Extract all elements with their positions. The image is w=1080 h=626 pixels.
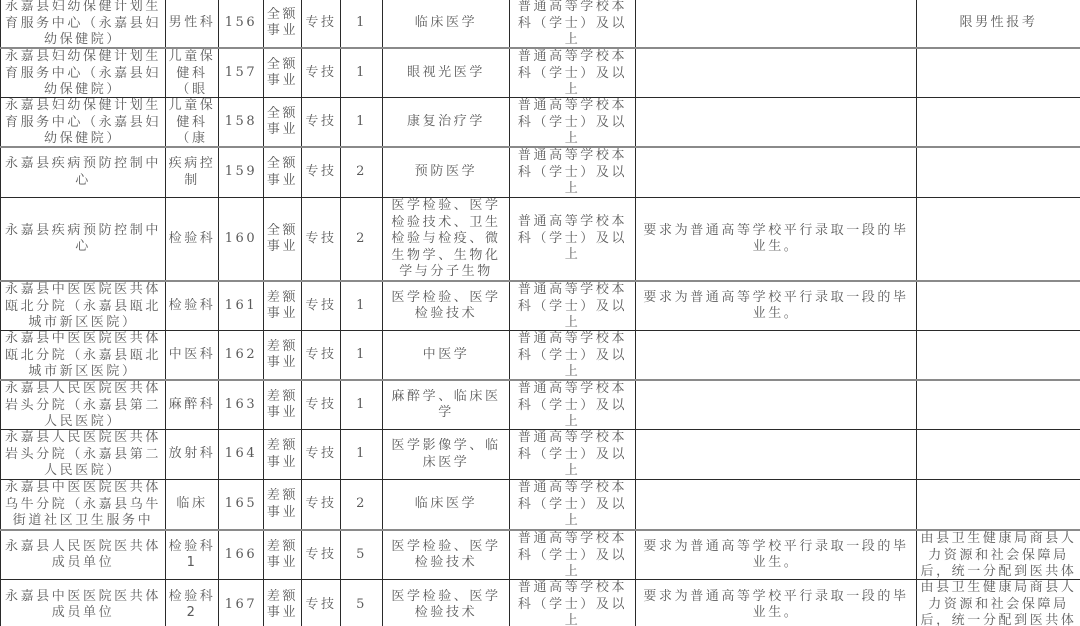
count-text: 1	[343, 347, 380, 364]
code-text: 165	[221, 496, 261, 513]
requirement-cell: 要求为普通高等学校平行录取一段的毕业生。	[636, 580, 917, 626]
funding-cell: 差额事业	[264, 530, 302, 580]
major-cell: 预防医学	[383, 147, 510, 198]
unit-cell: 永嘉县妇幼保健计划生育服务中心（永嘉县妇幼保健院）	[1, 98, 166, 148]
education-text: 普通高等学校本科（学士）及以上	[512, 214, 633, 264]
table-row: 永嘉县中医医院医共体乌牛分院（永嘉县乌牛街道社区卫生服务中临床165差额事业专技…	[1, 480, 1080, 531]
requirement-text: 要求为普通高等学校平行录取一段的毕业生。	[638, 223, 914, 256]
count-cell: 1	[341, 98, 383, 148]
unit-cell: 永嘉县妇幼保健计划生育服务中心（永嘉县妇幼保健院）	[1, 48, 166, 98]
funding-cell: 全额事业	[264, 147, 302, 198]
post-text: 检验科2	[168, 589, 216, 622]
table-row: 永嘉县中医医院医共体瓯北分院（永嘉县瓯北城市新区医院）检验科161差额事业专技1…	[1, 281, 1080, 331]
code-cell: 158	[219, 98, 264, 148]
count-text: 5	[343, 597, 380, 614]
count-cell: 5	[341, 530, 383, 580]
major-cell: 医学检验、医学检验技术	[383, 530, 510, 580]
funding-text: 全额事业	[266, 156, 299, 189]
note-cell	[917, 331, 1080, 381]
education-cell: 普通高等学校本科（学士）及以上	[510, 48, 636, 98]
funding-text: 差额事业	[266, 339, 299, 372]
requirement-cell	[636, 480, 917, 531]
code-text: 160	[221, 231, 261, 248]
post-cell: 儿童保健科（康	[166, 98, 219, 148]
table-row: 永嘉县妇幼保健计划生育服务中心（永嘉县妇幼保健院）男性科156全额事业专技1临床…	[1, 0, 1080, 48]
count-text: 1	[343, 114, 380, 131]
major-cell: 医学检验、医学检验技术	[383, 281, 510, 331]
type-text: 专技	[304, 65, 338, 82]
unit-cell: 永嘉县中医医院医共体瓯北分院（永嘉县瓯北城市新区医院）	[1, 281, 166, 331]
funding-cell: 差额事业	[264, 480, 302, 531]
unit-text: 永嘉县疾病预防控制中心	[3, 156, 163, 189]
unit-text: 永嘉县中医医院医共体瓯北分院（永嘉县瓯北城市新区医院）	[3, 282, 163, 330]
code-text: 163	[221, 397, 261, 414]
note-cell	[917, 480, 1080, 531]
note-cell: 由县卫生健康局商县人力资源和社会保障局后，统一分配到医共体	[917, 530, 1080, 580]
type-cell: 专技	[302, 0, 341, 48]
type-text: 专技	[304, 496, 338, 513]
funding-cell: 差额事业	[264, 580, 302, 626]
table-row: 永嘉县人民医院医共体成员单位检验科1166差额事业专技5医学检验、医学检验技术普…	[1, 530, 1080, 580]
table-row: 永嘉县人民医院医共体岩头分院（永嘉县第二人民医院）放射科164差额事业专技1医学…	[1, 430, 1080, 480]
note-cell	[917, 281, 1080, 331]
major-text: 临床医学	[385, 496, 507, 513]
count-text: 1	[343, 15, 380, 32]
post-cell: 儿童保健科（眼	[166, 48, 219, 98]
unit-cell: 永嘉县疾病预防控制中心	[1, 198, 166, 282]
code-cell: 161	[219, 281, 264, 331]
unit-text: 永嘉县人民医院医共体岩头分院（永嘉县第二人民医院）	[3, 430, 163, 479]
code-text: 159	[221, 164, 261, 181]
education-cell: 普通高等学校本科（学士）及以上	[510, 430, 636, 480]
type-cell: 专技	[302, 480, 341, 531]
major-text: 临床医学	[385, 15, 507, 32]
type-cell: 专技	[302, 281, 341, 331]
count-text: 1	[343, 65, 380, 82]
education-cell: 普通高等学校本科（学士）及以上	[510, 98, 636, 148]
type-cell: 专技	[302, 48, 341, 98]
note-cell	[917, 430, 1080, 480]
type-cell: 专技	[302, 530, 341, 580]
type-text: 专技	[304, 597, 338, 614]
post-cell: 男性科	[166, 0, 219, 48]
funding-cell: 全额事业	[264, 0, 302, 48]
major-text: 康复治疗学	[385, 114, 507, 131]
type-cell: 专技	[302, 580, 341, 626]
major-cell: 中医学	[383, 331, 510, 381]
funding-cell: 差额事业	[264, 281, 302, 331]
major-text: 医学影像学、临床医学	[385, 438, 507, 471]
type-cell: 专技	[302, 430, 341, 480]
major-cell: 医学影像学、临床医学	[383, 430, 510, 480]
note-cell	[917, 147, 1080, 198]
unit-cell: 永嘉县中医医院医共体乌牛分院（永嘉县乌牛街道社区卫生服务中	[1, 480, 166, 531]
note-cell	[917, 198, 1080, 282]
note-cell	[917, 48, 1080, 98]
funding-text: 差额事业	[266, 438, 299, 471]
unit-text: 永嘉县中医医院医共体成员单位	[3, 589, 163, 622]
type-cell: 专技	[302, 380, 341, 430]
funding-cell: 差额事业	[264, 331, 302, 381]
count-text: 1	[343, 397, 380, 414]
table-row: 永嘉县妇幼保健计划生育服务中心（永嘉县妇幼保健院）儿童保健科（康158全额事业专…	[1, 98, 1080, 148]
code-cell: 156	[219, 0, 264, 48]
funding-text: 差额事业	[266, 589, 299, 622]
education-text: 普通高等学校本科（学士）及以上	[512, 0, 633, 47]
major-text: 医学检验、医学检验技术	[385, 290, 507, 323]
post-text: 检验科	[168, 231, 216, 248]
code-text: 164	[221, 446, 261, 463]
code-cell: 159	[219, 147, 264, 198]
unit-text: 永嘉县妇幼保健计划生育服务中心（永嘉县妇幼保健院）	[3, 0, 163, 47]
table-row: 永嘉县中医医院医共体瓯北分院（永嘉县瓯北城市新区医院）中医科162差额事业专技1…	[1, 331, 1080, 381]
unit-cell: 永嘉县妇幼保健计划生育服务中心（永嘉县妇幼保健院）	[1, 0, 166, 48]
unit-text: 永嘉县人民医院医共体成员单位	[3, 539, 163, 572]
count-text: 2	[343, 496, 380, 513]
note-text: 由县卫生健康局商县人力资源和社会保障局后，统一分配到医共体	[919, 531, 1078, 579]
unit-text: 永嘉县疾病预防控制中心	[3, 223, 163, 256]
code-cell: 157	[219, 48, 264, 98]
funding-cell: 全额事业	[264, 98, 302, 148]
post-text: 麻醉科	[168, 397, 216, 414]
type-text: 专技	[304, 164, 338, 181]
requirement-cell	[636, 0, 917, 48]
requirement-text: 要求为普通高等学校平行录取一段的毕业生。	[638, 539, 914, 572]
education-text: 普通高等学校本科（学士）及以上	[512, 531, 633, 579]
post-cell: 检验科2	[166, 580, 219, 626]
post-cell: 检验科	[166, 198, 219, 282]
major-text: 预防医学	[385, 164, 507, 181]
type-text: 专技	[304, 15, 338, 32]
type-text: 专技	[304, 114, 338, 131]
major-cell: 临床医学	[383, 480, 510, 531]
unit-text: 永嘉县中医医院医共体乌牛分院（永嘉县乌牛街道社区卫生服务中	[3, 480, 163, 529]
education-text: 普通高等学校本科（学士）及以上	[512, 381, 633, 429]
funding-text: 差额事业	[266, 389, 299, 422]
code-cell: 165	[219, 480, 264, 531]
funding-cell: 全额事业	[264, 198, 302, 282]
note-text: 由县卫生健康局商县人力资源和社会保障局后，统一分配到医共体	[919, 580, 1078, 626]
type-text: 专技	[304, 298, 338, 315]
education-cell: 普通高等学校本科（学士）及以上	[510, 198, 636, 282]
post-cell: 检验科1	[166, 530, 219, 580]
post-cell: 疾病控制	[166, 147, 219, 198]
count-cell: 2	[341, 480, 383, 531]
funding-cell: 差额事业	[264, 430, 302, 480]
major-cell: 眼视光医学	[383, 48, 510, 98]
post-cell: 麻醉科	[166, 380, 219, 430]
type-text: 专技	[304, 446, 338, 463]
code-text: 166	[221, 547, 261, 564]
funding-text: 全额事业	[266, 106, 299, 139]
post-cell: 中医科	[166, 331, 219, 381]
count-text: 5	[343, 547, 380, 564]
major-cell: 康复治疗学	[383, 98, 510, 148]
education-cell: 普通高等学校本科（学士）及以上	[510, 580, 636, 626]
code-text: 161	[221, 298, 261, 315]
code-text: 158	[221, 114, 261, 131]
education-text: 普通高等学校本科（学士）及以上	[512, 480, 633, 529]
note-cell	[917, 380, 1080, 430]
post-text: 检验科1	[168, 539, 216, 572]
table-row: 永嘉县中医医院医共体成员单位检验科2167差额事业专技5医学检验、医学检验技术普…	[1, 580, 1080, 626]
education-text: 普通高等学校本科（学士）及以上	[512, 49, 633, 97]
major-text: 中医学	[385, 347, 507, 364]
count-cell: 1	[341, 380, 383, 430]
post-text: 检验科	[168, 298, 216, 315]
code-cell: 167	[219, 580, 264, 626]
requirement-cell: 要求为普通高等学校平行录取一段的毕业生。	[636, 530, 917, 580]
post-text: 放射科	[168, 446, 216, 463]
post-text: 儿童保健科（康	[168, 98, 216, 146]
requirement-cell: 要求为普通高等学校平行录取一段的毕业生。	[636, 198, 917, 282]
count-text: 2	[343, 231, 380, 248]
type-cell: 专技	[302, 147, 341, 198]
post-text: 临床	[168, 496, 216, 513]
major-text: 医学检验、医学检验技术	[385, 539, 507, 572]
count-cell: 1	[341, 48, 383, 98]
major-text: 眼视光医学	[385, 65, 507, 82]
table-row: 永嘉县疾病预防控制中心检验科160全额事业专技2医学检验、医学检验技术、卫生检验…	[1, 198, 1080, 282]
major-text: 医学检验、医学检验技术、卫生检验与检疫、微生物学、生物化学与分子生物学、病原生物	[385, 198, 507, 280]
count-cell: 1	[341, 430, 383, 480]
education-text: 普通高等学校本科（学士）及以上	[512, 430, 633, 479]
type-text: 专技	[304, 231, 338, 248]
post-cell: 放射科	[166, 430, 219, 480]
education-cell: 普通高等学校本科（学士）及以上	[510, 480, 636, 531]
major-text: 麻醉学、临床医学	[385, 389, 507, 422]
table-row: 永嘉县人民医院医共体岩头分院（永嘉县第二人民医院）麻醉科163差额事业专技1麻醉…	[1, 380, 1080, 430]
requirement-cell	[636, 48, 917, 98]
major-cell: 医学检验、医学检验技术	[383, 580, 510, 626]
funding-text: 全额事业	[266, 57, 299, 90]
note-text: 限男性报考	[919, 15, 1078, 32]
unit-text: 永嘉县妇幼保健计划生育服务中心（永嘉县妇幼保健院）	[3, 98, 163, 146]
requirement-text: 要求为普通高等学校平行录取一段的毕业生。	[638, 589, 914, 622]
major-text: 医学检验、医学检验技术	[385, 589, 507, 622]
code-text: 167	[221, 597, 261, 614]
unit-text: 永嘉县中医医院医共体瓯北分院（永嘉县瓯北城市新区医院）	[3, 331, 163, 379]
education-text: 普通高等学校本科（学士）及以上	[512, 331, 633, 379]
code-cell: 164	[219, 430, 264, 480]
major-cell: 麻醉学、临床医学	[383, 380, 510, 430]
education-cell: 普通高等学校本科（学士）及以上	[510, 331, 636, 381]
count-cell: 5	[341, 580, 383, 626]
unit-cell: 永嘉县人民医院医共体岩头分院（永嘉县第二人民医院）	[1, 430, 166, 480]
count-cell: 2	[341, 198, 383, 282]
count-cell: 1	[341, 331, 383, 381]
count-cell: 1	[341, 0, 383, 48]
requirement-cell: 要求为普通高等学校平行录取一段的毕业生。	[636, 281, 917, 331]
education-cell: 普通高等学校本科（学士）及以上	[510, 147, 636, 198]
funding-text: 全额事业	[266, 7, 299, 40]
table-row: 永嘉县妇幼保健计划生育服务中心（永嘉县妇幼保健院）儿童保健科（眼157全额事业专…	[1, 48, 1080, 98]
note-cell: 由县卫生健康局商县人力资源和社会保障局后，统一分配到医共体	[917, 580, 1080, 626]
funding-text: 差额事业	[266, 488, 299, 521]
post-cell: 检验科	[166, 281, 219, 331]
funding-cell: 差额事业	[264, 380, 302, 430]
type-text: 专技	[304, 397, 338, 414]
type-cell: 专技	[302, 198, 341, 282]
requirement-cell	[636, 98, 917, 148]
requirement-cell	[636, 147, 917, 198]
funding-text: 全额事业	[266, 223, 299, 256]
education-text: 普通高等学校本科（学士）及以上	[512, 148, 633, 197]
count-cell: 2	[341, 147, 383, 198]
education-cell: 普通高等学校本科（学士）及以上	[510, 281, 636, 331]
education-text: 普通高等学校本科（学士）及以上	[512, 282, 633, 330]
post-text: 男性科	[168, 15, 216, 32]
code-cell: 166	[219, 530, 264, 580]
code-text: 156	[221, 15, 261, 32]
post-text: 疾病控制	[168, 156, 216, 189]
note-cell	[917, 98, 1080, 148]
code-text: 162	[221, 347, 261, 364]
count-text: 1	[343, 298, 380, 315]
requirement-text: 要求为普通高等学校平行录取一段的毕业生。	[638, 290, 914, 323]
type-text: 专技	[304, 347, 338, 364]
type-cell: 专技	[302, 331, 341, 381]
education-text: 普通高等学校本科（学士）及以上	[512, 98, 633, 146]
post-text: 中医科	[168, 347, 216, 364]
funding-text: 差额事业	[266, 290, 299, 323]
code-cell: 162	[219, 331, 264, 381]
education-cell: 普通高等学校本科（学士）及以上	[510, 380, 636, 430]
funding-text: 差额事业	[266, 539, 299, 572]
count-cell: 1	[341, 281, 383, 331]
requirement-cell	[636, 331, 917, 381]
education-text: 普通高等学校本科（学士）及以上	[512, 580, 633, 626]
major-cell: 临床医学	[383, 0, 510, 48]
education-cell: 普通高等学校本科（学士）及以上	[510, 530, 636, 580]
code-cell: 160	[219, 198, 264, 282]
requirement-cell	[636, 430, 917, 480]
major-cell: 医学检验、医学检验技术、卫生检验与检疫、微生物学、生物化学与分子生物学、病原生物	[383, 198, 510, 282]
table-row: 永嘉县疾病预防控制中心疾病控制159全额事业专技2预防医学普通高等学校本科（学士…	[1, 147, 1080, 198]
post-cell: 临床	[166, 480, 219, 531]
count-text: 2	[343, 164, 380, 181]
count-text: 1	[343, 446, 380, 463]
code-cell: 163	[219, 380, 264, 430]
unit-text: 永嘉县人民医院医共体岩头分院（永嘉县第二人民医院）	[3, 381, 163, 429]
recruitment-table: 永嘉县妇幼保健计划生育服务中心（永嘉县妇幼保健院）男性科156全额事业专技1临床…	[0, 0, 1080, 626]
code-text: 157	[221, 65, 261, 82]
unit-cell: 永嘉县疾病预防控制中心	[1, 147, 166, 198]
unit-cell: 永嘉县中医医院医共体成员单位	[1, 580, 166, 626]
unit-cell: 永嘉县人民医院医共体岩头分院（永嘉县第二人民医院）	[1, 380, 166, 430]
type-cell: 专技	[302, 98, 341, 148]
unit-text: 永嘉县妇幼保健计划生育服务中心（永嘉县妇幼保健院）	[3, 49, 163, 97]
unit-cell: 永嘉县中医医院医共体瓯北分院（永嘉县瓯北城市新区医院）	[1, 331, 166, 381]
requirement-cell	[636, 380, 917, 430]
unit-cell: 永嘉县人民医院医共体成员单位	[1, 530, 166, 580]
type-text: 专技	[304, 547, 338, 564]
funding-cell: 全额事业	[264, 48, 302, 98]
education-cell: 普通高等学校本科（学士）及以上	[510, 0, 636, 48]
note-cell: 限男性报考	[917, 0, 1080, 48]
post-text: 儿童保健科（眼	[168, 49, 216, 97]
